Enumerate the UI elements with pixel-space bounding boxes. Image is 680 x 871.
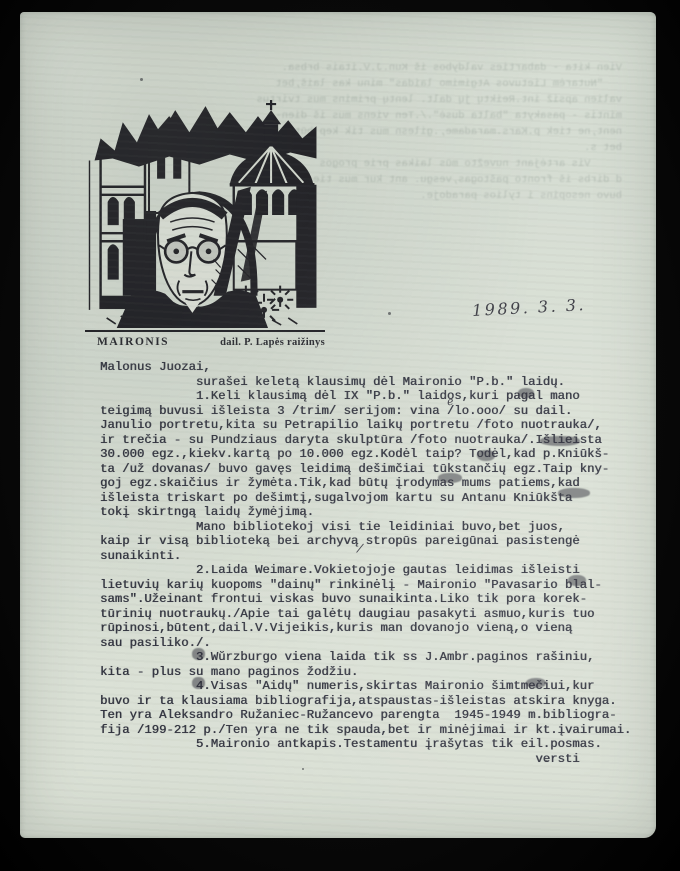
overstrike-smudge xyxy=(558,488,590,498)
overstrike-smudge xyxy=(477,450,495,461)
letter-body-text: Malonus Juozai, surašei keletą klausimų … xyxy=(100,360,631,766)
scan-speck xyxy=(302,768,304,770)
handwritten-date: 1989. 3. 3. xyxy=(472,295,587,320)
overstrike-smudge xyxy=(192,648,205,660)
maironis-woodcut-image xyxy=(85,98,325,328)
scan-speck xyxy=(140,78,143,81)
overstrike-smudge xyxy=(568,575,586,586)
letter-page: Vien kita - dabarties valdybos iš Kun.J.… xyxy=(20,12,656,838)
handwritten-correction-e: e xyxy=(446,395,454,409)
overstrike-smudge xyxy=(438,473,462,483)
illustration-credit: dail. P. Lapės raižinys xyxy=(220,337,325,348)
scan-speck xyxy=(545,760,548,762)
illustration-caption: MAIRONIS dail. P. Lapės raižinys xyxy=(85,330,325,348)
scanned-letter-photo: { "document": { "kind": "scanned typewri… xyxy=(0,0,680,871)
scan-speck xyxy=(388,312,391,315)
overstrike-smudge xyxy=(192,677,205,689)
overstrike-smudge xyxy=(540,436,580,446)
overstrike-smudge xyxy=(518,388,534,398)
overstrike-smudge xyxy=(526,678,546,688)
woodcut-illustration: MAIRONIS dail. P. Lapės raižinys xyxy=(85,98,325,348)
illustration-title: MAIRONIS xyxy=(85,336,169,348)
